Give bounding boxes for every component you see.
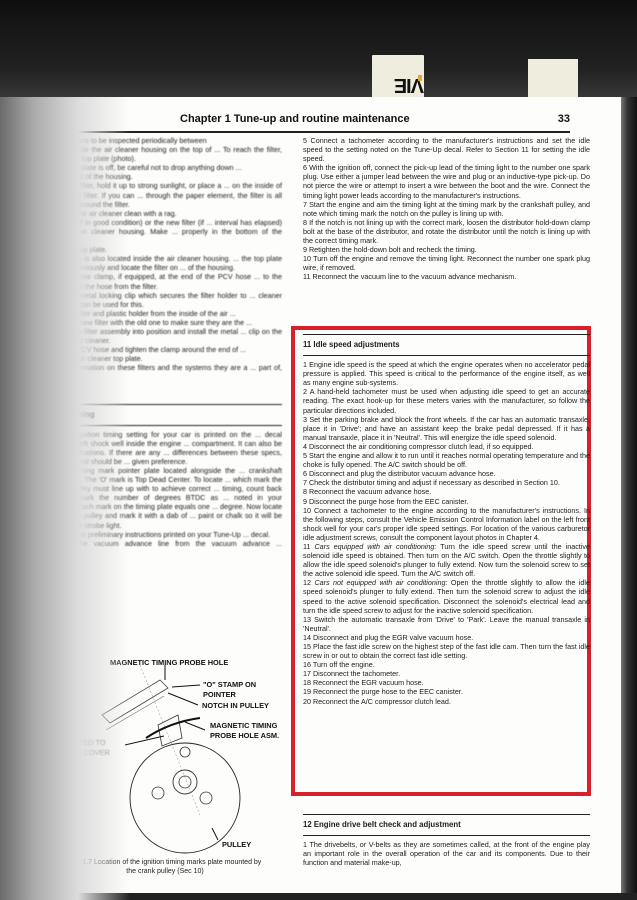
scanner-bottom-edge xyxy=(0,893,637,900)
running-header: Chapter 1 Tune-up and routine maintenanc… xyxy=(30,107,570,133)
sticky-tab-label: LA VIE xyxy=(372,55,424,101)
step: 3 Set the parking brake and block the fr… xyxy=(303,415,590,442)
paragraph: ...for the two filters to be inspected p… xyxy=(30,136,282,145)
sticky-tab-blank xyxy=(528,59,578,101)
paragraph: ...Remove the filter and plastic holder … xyxy=(30,309,282,318)
paragraph: ...the old filter (if in good condition)… xyxy=(30,218,282,245)
paragraph: ...The proper ignition timing setting fo… xyxy=(30,430,282,466)
label-notch: NOTCH IN PULLEY xyxy=(202,701,269,711)
section-11-heading: 11 Idle speed adjustments xyxy=(303,334,590,356)
step: 19 Reconnect the purge hose to the EEC c… xyxy=(303,687,590,696)
step: 17 Disconnect the tachometer. xyxy=(303,669,590,678)
left-paragraphs: ...for the two filters to be inspected p… xyxy=(30,136,282,382)
figure-caption: Fig. 1.7 Location of the ignition timing… xyxy=(40,858,290,876)
label-pointer: POINTER xyxy=(203,690,236,700)
step: 13 Switch the automatic transaxle from '… xyxy=(303,615,590,633)
step: 1 Engine idle speed is the speed at whic… xyxy=(303,360,590,387)
paragraph: ...To check the filter, hold it up to st… xyxy=(30,181,282,208)
timing-marks-figure: MAGNETIC TIMING PROBE HOLE "O" STAMP ON … xyxy=(40,660,290,870)
paragraph: 5 Connect a tachometer according to the … xyxy=(303,136,590,163)
paragraph: ...Connect the PCV hose and tighten the … xyxy=(30,345,282,354)
paragraph: ...Locate the timing mark pointer plate … xyxy=(30,466,282,530)
label-o-stamp: "O" STAMP ON xyxy=(203,680,256,690)
paragraph: ...Place the new filter assembly into po… xyxy=(30,327,282,345)
right-column-top: 5 Connect a tachometer according to the … xyxy=(303,136,590,282)
paragraph: ...Reinstall the air cleaner top plate. xyxy=(30,354,282,363)
step-12-condition: Cars not equipped with air conditioning: xyxy=(314,578,447,587)
step: 4 Disconnect the air conditioning compre… xyxy=(303,442,590,451)
paragraph: ...Remove the metal locking clip which s… xyxy=(30,291,282,309)
step-12-num: 12 xyxy=(303,578,314,587)
step: 14 Disconnect and plug the EGR valve vac… xyxy=(303,633,590,642)
step: 15 Place the fast idle screw on the high… xyxy=(303,642,590,660)
label-mounted-2: ...FRONT COVER xyxy=(50,748,110,758)
paragraph: 8 If the notch is not lining up with the… xyxy=(303,218,590,245)
paragraph: ...Disconnect the vacuum advance line fr… xyxy=(30,539,282,557)
paragraph: ...Reinstall the top plate. xyxy=(30,245,282,254)
paragraph: ...the air filter out of the housing. xyxy=(30,172,282,181)
paragraph: ...Compare the new filter with the old o… xyxy=(30,318,282,327)
paragraph: 6 With the ignition off, connect the pic… xyxy=(303,163,590,199)
paragraph: ...the inside of the air cleaner clean w… xyxy=(30,209,282,218)
step: 9 Disconnect the purge hose from the EEC… xyxy=(303,497,590,506)
label-mag-asm-1: MAGNETIC TIMING xyxy=(210,721,277,731)
label-mounted-1: ...MOUNTED TO xyxy=(50,738,106,748)
paragraph: ...When the top plate is off, be careful… xyxy=(30,163,282,172)
label-probe-hole: MAGNETIC TIMING PROBE HOLE xyxy=(110,658,228,668)
section-11: 11 Idle speed adjustments 1 Engine idle … xyxy=(303,334,590,706)
step: 10 Connect a tachometer to the engine ac… xyxy=(303,506,590,542)
step: 2 A hand-held tachometer must be used wh… xyxy=(303,387,590,414)
pulley-diagram xyxy=(40,660,290,860)
step: 18 Reconnect the EGR vacuum hose. xyxy=(303,678,590,687)
section-12: 12 Engine drive belt check and adjustmen… xyxy=(303,814,590,867)
paragraph: ...For more information on these filters… xyxy=(30,363,282,381)
step: 5 Start the engine and allow it to run u… xyxy=(303,451,590,469)
step: 16 Turn off the engine. xyxy=(303,660,590,669)
step-12: 12 Cars not equipped with air conditioni… xyxy=(303,578,590,614)
step: 6 Disconnect and plug the distributor va… xyxy=(303,469,590,478)
page-number: 33 xyxy=(558,113,570,125)
paragraph: ...is located inside the air cleaner hou… xyxy=(30,145,282,163)
paragraph: 10 Turn off the engine and remove the ti… xyxy=(303,254,590,272)
tab-color-mark xyxy=(418,75,422,81)
section-11-steps-end: 13 Switch the automatic transaxle from '… xyxy=(303,615,590,706)
section-11-steps: 1 Engine idle speed is the speed at whic… xyxy=(303,360,590,542)
label-pulley: PULLEY xyxy=(222,840,251,850)
step: 8 Reconnect the vacuum advance hose. xyxy=(303,487,590,496)
paragraph: ...The PCV filter is also located inside… xyxy=(30,254,282,272)
left-column: ...for the two filters to be inspected p… xyxy=(30,136,282,557)
section-10-paragraphs: ...The proper ignition timing setting fo… xyxy=(30,430,282,557)
caption-line-1: Fig. 1.7 Location of the ignition timing… xyxy=(40,858,290,867)
page-edge-shadow xyxy=(621,97,637,900)
section-10-heading: 10 Ignition timing xyxy=(30,404,282,426)
section-12-heading: 12 Engine drive belt check and adjustmen… xyxy=(303,814,590,836)
step: 7 Check the distributor timing and adjus… xyxy=(303,478,590,487)
step: 20 Reconnect the A/C compressor clutch l… xyxy=(303,697,590,706)
paragraph: 11 Reconnect the vacuum line to the vacu… xyxy=(303,272,590,281)
caption-line-2: the crank pulley (Sec 10) xyxy=(40,867,290,876)
chapter-title: Chapter 1 Tune-up and routine maintenanc… xyxy=(180,113,410,125)
paragraph: 9 Retighten the hold-down bolt and reche… xyxy=(303,245,590,254)
paragraph: ...Loosen the hose clamp, if equipped, a… xyxy=(30,272,282,290)
paragraph: ...Follow all of the preliminary instruc… xyxy=(30,530,282,539)
step-11: 11 Cars equipped with air conditioning: … xyxy=(303,542,590,578)
step-11-condition: Cars equipped with air conditioning: xyxy=(314,542,436,551)
label-mag-asm-2: PROBE HOLE ASM. xyxy=(210,731,279,741)
section-12-steps: 1 The drivebelts, or V-belts as they are… xyxy=(303,840,590,867)
paragraph: 7 Start the engine and aim the timing li… xyxy=(303,200,590,218)
step-11-num: 11 xyxy=(303,542,314,551)
step: 1 The drivebelts, or V-belts as they are… xyxy=(303,840,590,867)
